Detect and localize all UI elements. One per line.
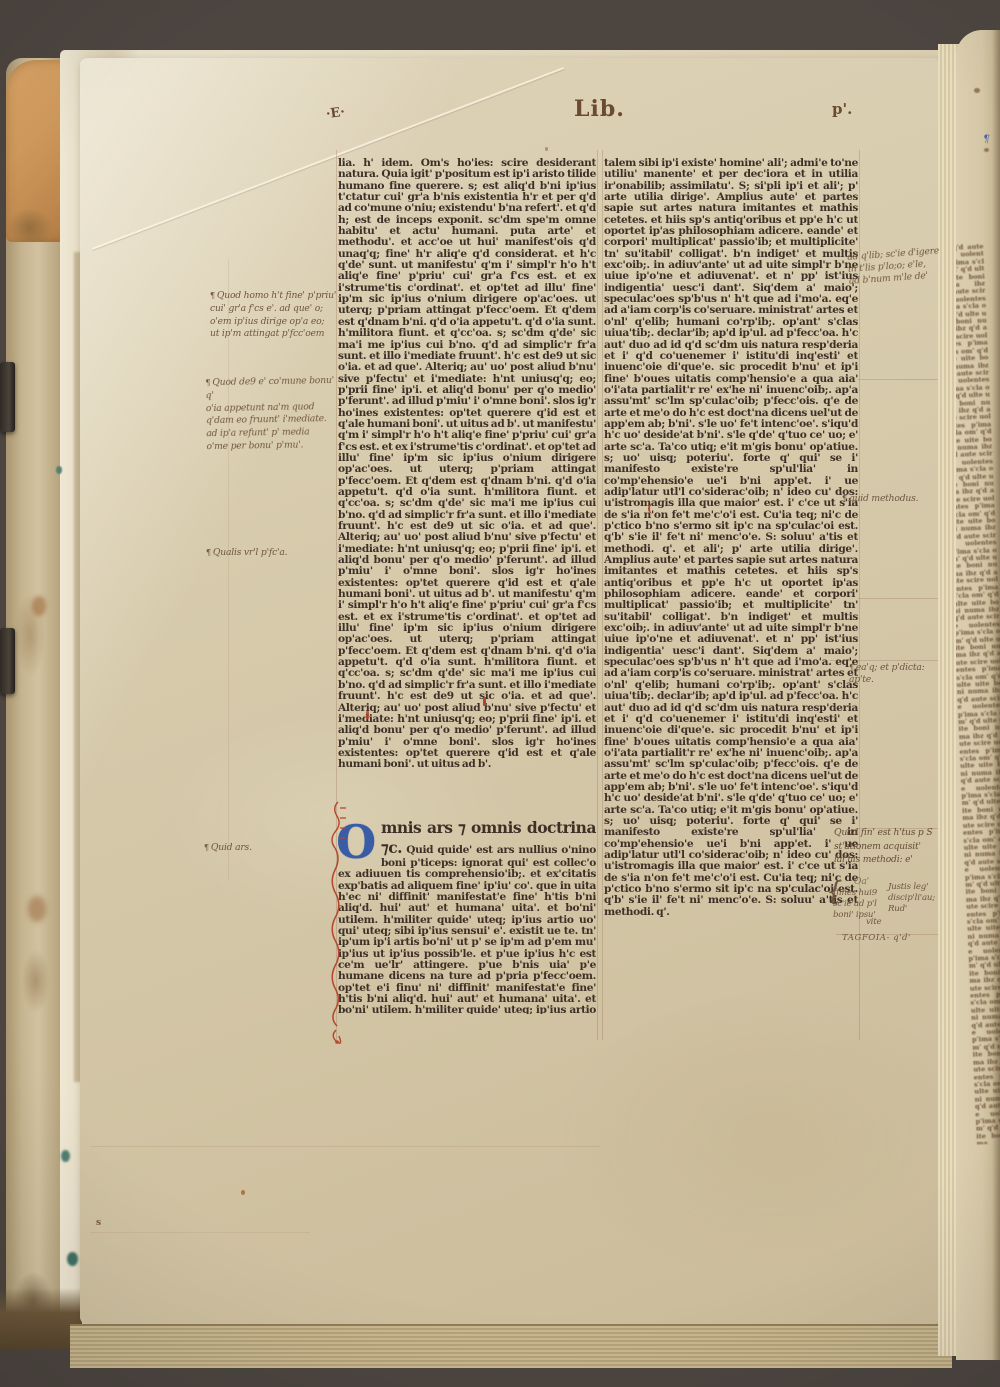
clasp-bottom [0,628,15,694]
gutter-shadow [992,30,1000,1360]
margin-note-right-2: ¶quid methodus. [842,493,952,506]
margin-note-text: quid methodus. [849,493,918,504]
text-column-1: lia. h' idem. Om's ho'ies: scire desider… [338,158,596,810]
ruling-line [228,260,229,880]
margin-note-text: Qualis vr'l p'fc'a. [213,547,287,558]
paraph-icon: ¶ [210,291,215,300]
rust-stain [32,596,46,616]
margin-note-text: Quod homo h't fine' p'priu' cui' gr'a f'… [210,290,336,339]
rust-stain [28,896,46,922]
red-touch-mark [366,711,369,719]
column-1-body-text: ut manifestu' q'm i' simpl'r h'o h't ali… [338,259,596,770]
ink-spot [241,1190,245,1195]
verdigris-stain [56,466,62,474]
margin-note-left-2: ¶Quod de9 e' co'mune bonu' q' o'ia appet… [205,375,341,454]
ink-spot [545,147,548,151]
margin-note-text: ea'q; et p'dicta: ap'te. [849,662,925,685]
running-header-title: Lib. [574,96,625,122]
guide-line [90,1146,600,1147]
book-spine [6,58,60,1340]
margin-note-text: Quod fin' est h'tus p S st'ationem acqui… [834,827,932,865]
running-header-left-mark: ·E· [325,105,346,122]
guide-line [90,1232,310,1233]
guide-line [858,598,938,599]
margin-note-text: ad q'lib; sc'ie d'igere in t'lis p'lo;o;… [847,245,940,286]
margin-note-right-7: Justis leg' discip'li'au; Rud' [888,882,948,915]
margin-note-left-4: ¶Quid ars. [204,842,314,855]
margin-note-text: vite [866,917,881,927]
margin-note-right-3: ¶ea'q; et p'dicta: ap'te. [849,662,949,686]
brace-icon: { [826,887,842,898]
paraph-icon: ¶ [206,548,211,557]
red-touch-mark [483,697,486,706]
fore-edge-stain [974,88,980,93]
next-folio-curled: ibz q'd aute scire uolentes p'ima s'cla … [956,30,1000,1360]
running-header-right-mark: p'. [832,100,852,118]
margin-note-text: Oa' [854,876,869,887]
margin-note-right-4: Quod fin' est h'tus p S st'ationem acqui… [834,826,964,867]
column-1-opening-lines: lia. h' idem. Om's ho'ies: scire desider… [338,158,596,271]
margin-note-text: Justis leg' discip'li'au; Rud' [888,882,935,914]
margin-note-left-3: ¶Qualis vr'l p'fc'a. [206,547,336,560]
paraph-icon: ¶ [205,378,210,387]
manuscript-photograph: ibz q'd aute scire uolentes p'ima s'cla … [0,0,1000,1387]
paraph-icon: ¶ [849,663,854,672]
paraph-icon: ¶ [204,843,209,852]
red-penwork-flourish [322,798,348,1048]
text-column-2: talem sibi ip'i existe' homine' ali'; ad… [604,158,858,1010]
quire-signature-mark: s [96,1218,101,1228]
margin-note-left-1: ¶Quod homo h't fine' p'priu' cui' gr'a f… [210,290,340,341]
margin-note-right-8: vite [866,916,916,929]
verdigris-stain [67,1252,78,1266]
verdigris-stain [61,1150,70,1162]
ruling-line [597,150,598,1040]
ruling-line [602,150,603,1040]
margin-note-text: Quid ars. [211,842,252,853]
margin-note-text: Quod de9 e' co'mune bonu' q' o'ia appetu… [206,375,334,452]
incipit-block: O mnis ars ⁊ omnis doctrina ⁊c. Quid qui… [338,818,596,1014]
red-paragraph-mark: ( [647,502,652,515]
column-2-body-text: et ali'; p' arte utilia dirige'. Amplius… [604,180,858,918]
margin-note-right-1: ad q'lib; sc'ie d'igere in t'lis p'lo;o;… [847,244,959,288]
margin-note-text: TAGFOIA- q'd' [842,933,911,943]
fore-edge-stain [984,148,989,152]
paraph-icon: ¶ [842,494,847,503]
margin-note-right-9: TAGFOIA- q'd' [842,932,937,945]
incipit-body-text: ni' diffinit' manifestat'e fine' h'tis b… [338,891,596,1014]
clasp-top [0,362,15,432]
guide-line [858,379,938,380]
bottom-page-edges [70,1324,952,1368]
